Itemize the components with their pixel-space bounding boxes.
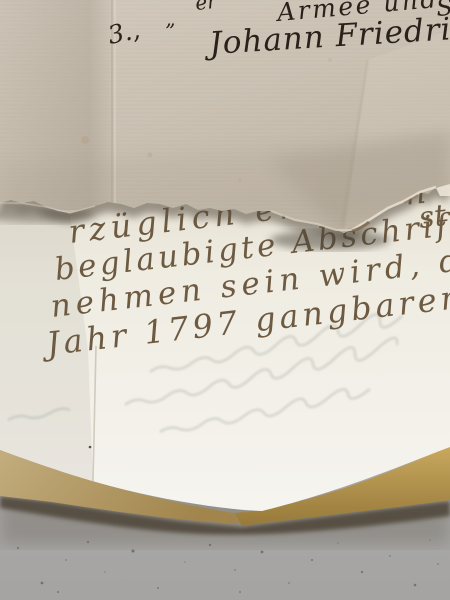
scene: rzüglich erhalten st beglaubigte Abschri… — [0, 0, 450, 600]
ditto-mark: ” — [165, 19, 175, 43]
top-sheet: er Armée und S 3., ” Johann Friedrich — [0, 0, 450, 240]
handwriting-fragment: er — [194, 0, 219, 15]
photo-of-manuscripts: rzüglich erhalten st beglaubigte Abschri… — [0, 0, 450, 600]
